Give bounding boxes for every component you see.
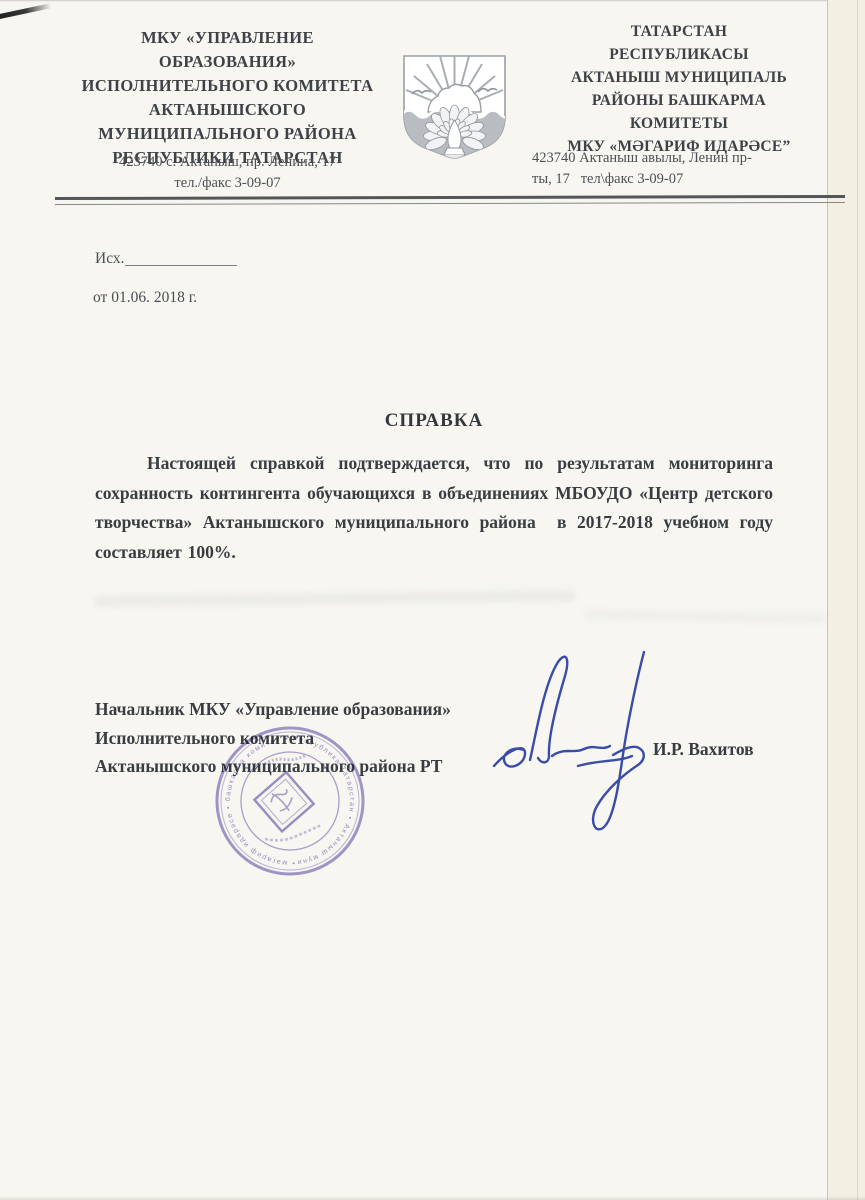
document-title: СПРАВКА xyxy=(95,410,773,432)
org-left-line: АКТАНЫШСКОГО xyxy=(55,98,400,122)
letterhead-left-org: МКУ «УПРАВЛЕНИЕ ОБРАЗОВАНИЯ» ИСПОЛНИТЕЛЬ… xyxy=(55,26,400,170)
paper-bottom-shade xyxy=(0,1196,865,1200)
org-right-line: ТАТАРСТАН xyxy=(520,20,838,43)
handwritten-signature xyxy=(486,644,668,846)
org-left-line: ОБРАЗОВАНИЯ» xyxy=(55,50,400,74)
org-left-line: ИСПОЛНИТЕЛЬНОГО КОМИТЕТА xyxy=(55,74,400,98)
address-line: ты, 17 тел\факс 3-09-07 xyxy=(532,169,832,190)
letterhead-divider xyxy=(55,195,845,205)
address-line: тел./факс 3-09-07 xyxy=(55,173,400,194)
paper-right-edge-line xyxy=(857,0,858,1200)
signer-name: И.Р. Вахитов xyxy=(653,739,754,760)
coat-of-arms-icon xyxy=(396,52,513,164)
org-right-line: РЕСПУБЛИКАСЫ xyxy=(520,43,838,66)
paper-crease xyxy=(585,610,825,623)
org-right-line: РАЙОНЫ БАШКАРМА xyxy=(520,89,838,112)
paper-right-edge xyxy=(827,0,865,1200)
org-right-line: АКТАНЫШ МУНИЦИПАЛЬ xyxy=(520,66,838,89)
org-right-line: КОМИТЕТЫ xyxy=(520,112,838,135)
scan-corner-artifact xyxy=(0,3,52,20)
outgoing-number: Исх. xyxy=(95,250,237,268)
paper-crease xyxy=(95,590,575,607)
letterhead-right-address: 423740 Актаныш авылы, Ленин пр- ты, 17 т… xyxy=(532,148,832,189)
scan-top-edge xyxy=(0,0,865,2)
letterhead-left-address: 423740 с. Актаныш, пр. Ленина, 17 тел./ф… xyxy=(55,152,400,193)
address-line: 423740 с. Актаныш, пр. Ленина, 17 xyxy=(55,152,400,173)
scanned-letter-page: МКУ «УПРАВЛЕНИЕ ОБРАЗОВАНИЯ» ИСПОЛНИТЕЛЬ… xyxy=(0,0,865,1200)
outgoing-label: Исх. xyxy=(95,250,125,267)
body-paragraph: Настоящей справкой подтверждается, что п… xyxy=(95,449,773,567)
document-date: от 01.06. 2018 г. xyxy=(93,289,197,307)
outgoing-blank-line xyxy=(125,265,237,266)
org-left-line: МКУ «УПРАВЛЕНИЕ xyxy=(55,26,400,50)
official-round-stamp: • Республика Татарстан • Актаныш муницип… xyxy=(202,713,378,889)
org-left-line: МУНИЦИПАЛЬНОГО РАЙОНА xyxy=(55,122,400,146)
letterhead-right-org: ТАТАРСТАН РЕСПУБЛИКАСЫ АКТАНЫШ МУНИЦИПАЛ… xyxy=(520,20,838,158)
address-line: 423740 Актаныш авылы, Ленин пр- xyxy=(532,148,832,169)
